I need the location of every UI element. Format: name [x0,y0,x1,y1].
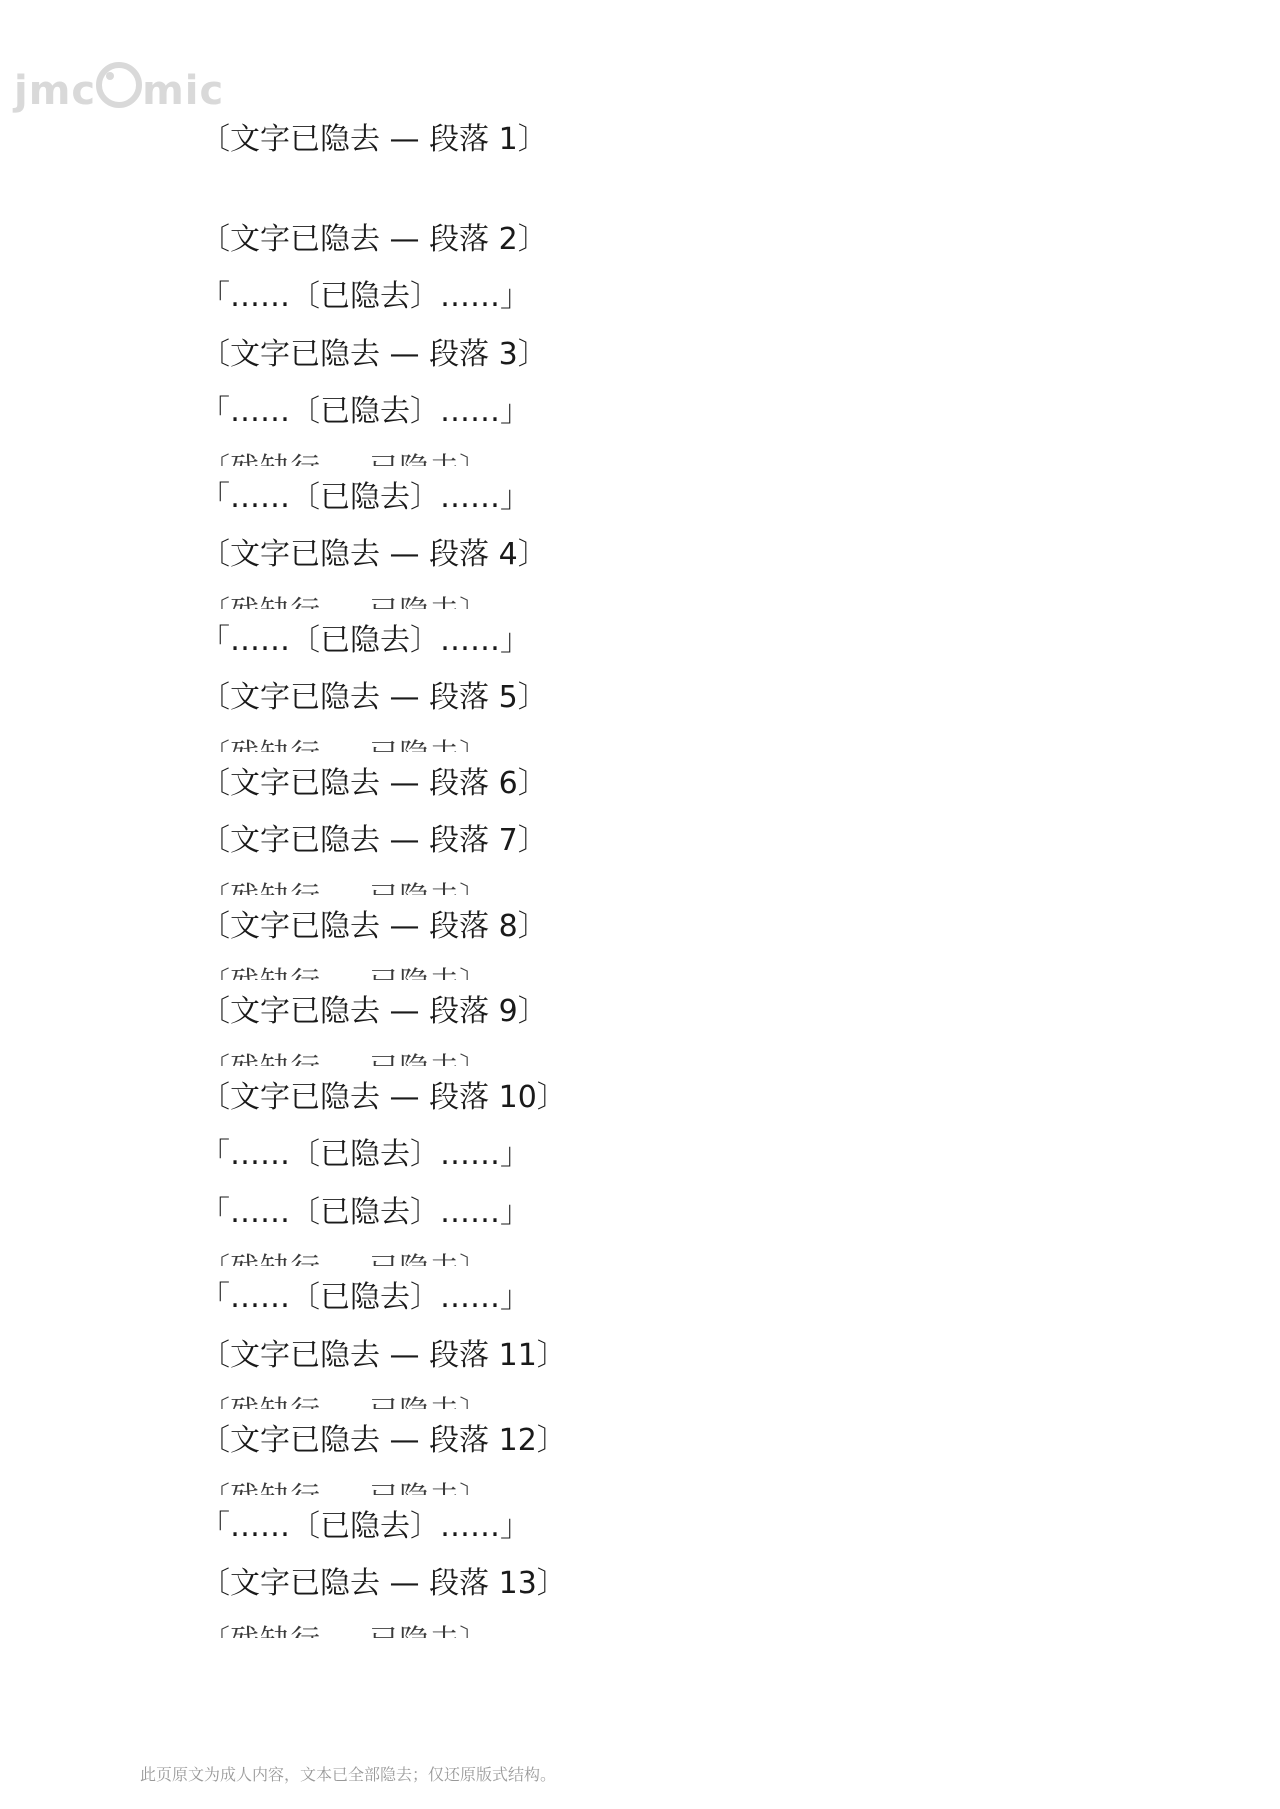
page-text-body: 〔文字已隐去 — 段落 1〕〔文字已隐去 — 段落 2〕「……〔已隐去〕……」〔… [140,118,1140,1648]
paragraph-dialogue: 「……〔已隐去〕……」 [140,1191,1140,1235]
redaction-note: 此页原文为成人内容，文本已全部隐去；仅还原版式结构。 [140,1762,1140,1785]
paragraph-dialogue: 「……〔已隐去〕……」 [140,275,1140,319]
paragraph-narration: 〔文字已隐去 — 段落 4〕 [140,533,1140,577]
paragraph-narration: 〔文字已隐去 — 段落 3〕 [140,333,1140,377]
paragraph-narration: 〔文字已隐去 — 段落 8〕 [140,905,1140,949]
paragraph-narration: 〔文字已隐去 — 段落 7〕 [140,819,1140,863]
paragraph-clipped: 〔残缺行 — 已隐去〕 [140,448,1140,466]
paragraph-narration: 〔文字已隐去 — 段落 2〕 [140,218,1140,262]
paragraph-clipped: 〔残缺行 — 已隐去〕 [140,1477,1140,1495]
watermark-text-prefix: jmc [14,68,96,114]
paragraph-clipped: 〔残缺行 — 已隐去〕 [140,877,1140,895]
paragraph-narration: 〔文字已隐去 — 段落 6〕 [140,762,1140,806]
paragraph-dialogue: 「……〔已隐去〕……」 [140,476,1140,520]
paragraph-dialogue: 「……〔已隐去〕……」 [140,619,1140,663]
jmcomic-watermark: jmcmic [14,62,224,114]
paragraph-narration: 〔文字已隐去 — 段落 13〕 [140,1562,1140,1606]
paragraph-clipped: 〔残缺行 — 已隐去〕 [140,734,1140,752]
paragraph-clipped: 〔残缺行 — 已隐去〕 [140,962,1140,980]
paragraph-dialogue: 「……〔已隐去〕……」 [140,1276,1140,1320]
paragraph-dialogue: 「……〔已隐去〕……」 [140,390,1140,434]
reader-page: jmcmic 〔文字已隐去 — 段落 1〕〔文字已隐去 — 段落 2〕「……〔已… [0,0,1280,1809]
paragraph-narration: 〔文字已隐去 — 段落 11〕 [140,1334,1140,1378]
watermark-text-suffix: mic [142,68,224,114]
paragraph-narration: 〔文字已隐去 — 段落 9〕 [140,990,1140,1034]
paragraph-narration: 〔文字已隐去 — 段落 1〕 [140,118,1140,162]
paragraph-clipped: 〔残缺行 — 已隐去〕 [140,1620,1140,1638]
paragraph-narration: 〔文字已隐去 — 段落 5〕 [140,676,1140,720]
paragraph-dialogue: 「……〔已隐去〕……」 [140,1505,1140,1549]
paragraph-clipped: 〔残缺行 — 已隐去〕 [140,1248,1140,1266]
paragraph-narration: 〔文字已隐去 — 段落 12〕 [140,1419,1140,1463]
paragraph-dialogue: 「……〔已隐去〕……」 [140,1133,1140,1177]
paragraph-clipped: 〔残缺行 — 已隐去〕 [140,1391,1140,1409]
paragraph-narration: 〔文字已隐去 — 段落 10〕 [140,1076,1140,1120]
ring-logo-icon [96,62,142,108]
paragraph-clipped: 〔残缺行 — 已隐去〕 [140,591,1140,609]
paragraph-clipped: 〔残缺行 — 已隐去〕 [140,1048,1140,1066]
